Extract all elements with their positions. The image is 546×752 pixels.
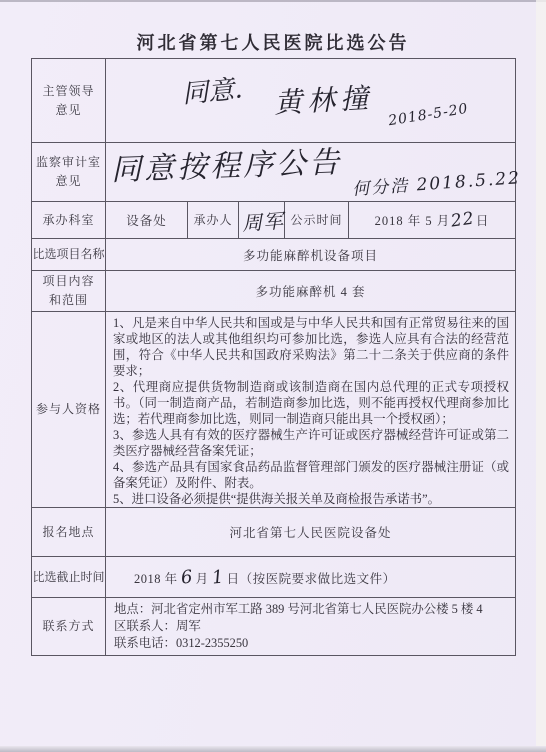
deadline-day-handwriting: 1: [211, 566, 225, 588]
table-row-undertaking: 承办科室 设备处 承办人 周军 公示时间 2018 年 5 月22日: [32, 202, 516, 239]
deadline-month-handwriting: 6: [180, 566, 194, 588]
undertaking-person-handwriting: 周军: [241, 205, 285, 237]
deadline-year: 2018 年: [134, 572, 178, 586]
undertaking-dept-label: 承办科室: [32, 202, 106, 239]
signup-place-value: 河北省第七人民医院设备处: [106, 508, 516, 557]
project-scope-label-line2: 和范围: [49, 293, 88, 307]
undertaking-person-cell: 周军: [239, 202, 285, 239]
announcement-table: 主管领导 意见 同意. 黄林撞 2018-5-20 监察审计室 意见 同意按程序…: [31, 58, 516, 656]
contact-cell: 地点：河北省定州市军工路 389 号河北省第七人民医院办公楼 5 楼 4 区联系…: [106, 598, 516, 656]
table-row-project-scope: 项目内容 和范围 多功能麻醉机 4 套: [32, 271, 516, 312]
publicity-day-handwriting: 22: [450, 208, 476, 231]
table-row-qualification: 参与人资格 1、凡是来自中华人民共和国或是与中华人民共和国有正常贸易往来的国家或…: [32, 312, 516, 508]
document-title: 河北省第七人民医院比选公告: [31, 29, 515, 55]
qualification-item-3: 3、参选人具有有效的医疗器械生产许可证或医疗器械经营许可证或第二类医疗器械经营备…: [113, 427, 509, 459]
audit-opinion-label-line2: 意见: [55, 174, 81, 188]
table-row-audit-opinion: 监察审计室 意见 同意按程序公告 何分浩 2018.5.22: [32, 143, 516, 202]
deadline-label: 比选截止时间: [32, 557, 106, 598]
qualification-label: 参与人资格: [32, 312, 106, 508]
leader-opinion-label-line2: 意见: [55, 103, 81, 117]
contact-label: 联系方式: [32, 598, 106, 656]
table-row-deadline: 比选截止时间 2018 年6月1日（按医院要求做比选文件）: [32, 557, 516, 598]
publicity-date-suffix: 日: [476, 214, 490, 228]
qualification-cell: 1、凡是来自中华人民共和国或是与中华人民共和国有正常贸易往来的国家或地区的法人或…: [106, 312, 516, 508]
leader-signature-handwriting: 黄林撞: [273, 76, 374, 121]
qualification-item-4: 4、参选产品具有国家食品药品监督管理部门颁发的医疗器械注册证（或备案凭证）及附件…: [113, 459, 509, 491]
scan-edge-right: [536, 0, 546, 752]
project-scope-label-line1: 项目内容: [42, 274, 94, 288]
project-name-value: 多功能麻醉机设备项目: [106, 239, 516, 271]
undertaking-dept-value: 设备处: [106, 202, 188, 239]
deadline-value: 2018 年6月1日（按医院要求做比选文件）: [106, 557, 516, 598]
qualification-item-1: 1、凡是来自中华人民共和国或是与中华人民共和国有正常贸易往来的国家或地区的法人或…: [113, 315, 509, 379]
scanned-page: 河北省第七人民医院比选公告 主管领导 意见 同意. 黄林撞 2018-5-20 …: [0, 0, 546, 752]
deadline-month-unit: 月: [196, 572, 209, 586]
leader-opinion-label-line1: 主管领导: [42, 84, 94, 98]
qualification-item-2: 2、代理商应提供货物制造商或该制造商在国内总代理的正式专项授权书。（同一制造商产…: [113, 379, 509, 427]
undertaking-person-label: 承办人: [188, 202, 239, 239]
table-row-project-name: 比选项目名称 多功能麻醉机设备项目: [32, 239, 516, 271]
audit-approval-handwriting: 同意按程序公告: [110, 137, 342, 189]
contact-person-line: 区联系人：周军: [114, 618, 509, 635]
publicity-time-value: 2018 年 5 月22日: [349, 202, 516, 239]
audit-signature-handwriting: 何分浩 2018.5.22: [351, 163, 521, 200]
deadline-rest: 日（按医院要求做比选文件）: [227, 572, 396, 586]
leader-date-handwriting: 2018-5-20: [387, 101, 469, 129]
qualification-item-5: 5、进口设备必须提供“提供海关报关单及商检报告承诺书”。: [113, 491, 509, 507]
table-row-signup-place: 报名地点 河北省第七人民医院设备处: [32, 508, 516, 557]
audit-opinion-cell: 同意按程序公告 何分浩 2018.5.22: [106, 143, 516, 202]
table-row-leader-opinion: 主管领导 意见 同意. 黄林撞 2018-5-20: [32, 59, 516, 143]
table-row-contact: 联系方式 地点：河北省定州市军工路 389 号河北省第七人民医院办公楼 5 楼 …: [32, 598, 516, 656]
leader-approval-handwriting: 同意.: [181, 68, 244, 110]
project-scope-label: 项目内容 和范围: [32, 271, 106, 312]
project-scope-value: 多功能麻醉机 4 套: [106, 271, 516, 312]
scan-edge-bottom: [0, 746, 546, 752]
leader-opinion-label: 主管领导 意见: [32, 59, 106, 143]
signup-place-label: 报名地点: [32, 508, 106, 557]
project-name-label: 比选项目名称: [32, 239, 106, 271]
contact-address-line: 地点：河北省定州市军工路 389 号河北省第七人民医院办公楼 5 楼 4: [114, 601, 509, 618]
publicity-time-label: 公示时间: [285, 202, 349, 239]
leader-opinion-cell: 同意. 黄林撞 2018-5-20: [106, 59, 516, 143]
audit-opinion-label: 监察审计室 意见: [32, 143, 106, 202]
publicity-date-prefix: 2018 年 5 月: [375, 214, 451, 228]
audit-opinion-label-line1: 监察审计室: [36, 155, 101, 169]
contact-phone-line: 联系电话：0312-2355250: [114, 635, 509, 652]
scan-edge-top: [0, 0, 546, 2]
